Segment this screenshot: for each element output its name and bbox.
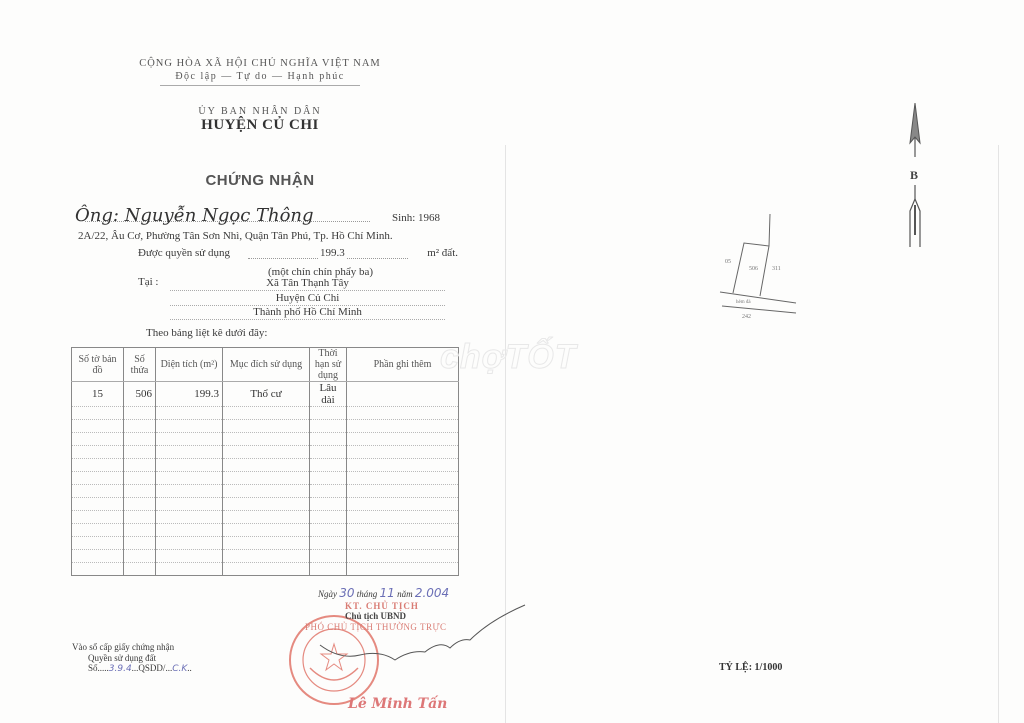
table-row-empty <box>72 407 459 420</box>
table-cell-empty <box>310 459 347 472</box>
registration-number: Số.....3.9.4...QSDD/...C.K.. <box>88 663 192 674</box>
table-cell-empty <box>72 550 124 563</box>
col-purpose: Mục đích sử dụng <box>223 348 310 382</box>
area-line: Được quyền sử dụng 199.3 m² đất. <box>138 247 458 261</box>
table-cell-empty <box>223 407 310 420</box>
location-district: Huyện Củ Chi <box>170 292 445 306</box>
cell-notes <box>347 382 459 407</box>
table-cell-empty <box>124 524 156 537</box>
table-cell-empty <box>72 446 124 459</box>
table-cell-empty <box>156 420 223 433</box>
owner-birth: Sinh: 1968 <box>392 212 440 224</box>
svg-text:242: 242 <box>742 314 751 320</box>
table-cell-empty <box>223 537 310 550</box>
table-cell-empty <box>347 524 459 537</box>
table-intro: Theo bảng liệt kê dưới đây: <box>146 327 267 339</box>
location-city: Thành phố Hồ Chí Minh <box>170 306 445 320</box>
table-cell-empty <box>347 550 459 563</box>
table-row-empty <box>72 459 459 472</box>
parcel-table: Số tờ bản đồ Số thửa Diện tích (m²) Mục … <box>71 347 459 576</box>
table-row: 15506199.3Thổ cưLâu dài <box>72 382 459 407</box>
table-cell-empty <box>124 433 156 446</box>
table-cell-empty <box>72 524 124 537</box>
header-divider <box>160 85 360 86</box>
svg-text:506: 506 <box>749 266 758 272</box>
certificate-title: CHỨNG NHẬN <box>60 172 460 189</box>
owner-address: 2A/22, Âu Cơ, Phường Tân Sơn Nhì, Quận T… <box>78 230 393 242</box>
table-cell-empty <box>156 563 223 576</box>
col-map-sheet: Số tờ bản đồ <box>72 348 124 382</box>
registration-line2: Quyền sử dụng đất <box>88 653 156 663</box>
table-cell-empty <box>223 485 310 498</box>
table-cell-empty <box>223 498 310 511</box>
col-area: Diện tích (m²) <box>156 348 223 382</box>
table-cell-empty <box>156 498 223 511</box>
table-cell-empty <box>310 498 347 511</box>
issue-year: 2.004 <box>415 586 449 600</box>
map-scale: TỶ LỆ: 1/1000 <box>719 662 782 673</box>
table-cell-empty <box>310 472 347 485</box>
table-cell-empty <box>156 472 223 485</box>
col-parcel-no: Số thửa <box>124 348 156 382</box>
national-title: CỘNG HÒA XÃ HỘI CHỦ NGHĨA VIỆT NAM <box>130 58 390 69</box>
issuer-line2: HUYỆN CỦ CHI <box>150 117 370 134</box>
table-cell-empty <box>124 498 156 511</box>
table-cell-empty <box>347 420 459 433</box>
table-row-empty <box>72 550 459 563</box>
table-cell-empty <box>347 459 459 472</box>
table-cell-empty <box>124 511 156 524</box>
table-cell-empty <box>156 459 223 472</box>
table-cell-empty <box>347 485 459 498</box>
table-cell-empty <box>124 550 156 563</box>
cell-parcel-no: 506 <box>124 382 156 407</box>
table-cell-empty <box>156 524 223 537</box>
table-cell-empty <box>72 511 124 524</box>
table-cell-empty <box>223 420 310 433</box>
table-cell-empty <box>223 459 310 472</box>
right-label: Được quyền sử dụng <box>138 247 230 259</box>
table-cell-empty <box>310 407 347 420</box>
table-cell-empty <box>72 485 124 498</box>
table-cell-empty <box>223 550 310 563</box>
owner-name: Ông: Nguyễn Ngọc Thông <box>75 205 314 226</box>
table-row-empty <box>72 498 459 511</box>
table-cell-empty <box>310 537 347 550</box>
cell-map-sheet: 15 <box>72 382 124 407</box>
table-cell-empty <box>72 459 124 472</box>
signer-name: Lê Minh Tấn <box>348 696 447 712</box>
table-row-empty <box>72 420 459 433</box>
national-motto: Độc lập — Tự do — Hạnh phúc <box>130 71 390 82</box>
table-row-empty <box>72 446 459 459</box>
cell-area: 199.3 <box>156 382 223 407</box>
table-cell-empty <box>347 511 459 524</box>
table-cell-empty <box>156 407 223 420</box>
table-cell-empty <box>156 511 223 524</box>
table-cell-empty <box>72 472 124 485</box>
table-cell-empty <box>347 563 459 576</box>
table-cell-empty <box>124 407 156 420</box>
table-cell-empty <box>72 433 124 446</box>
table-cell-empty <box>223 433 310 446</box>
cell-purpose: Thổ cư <box>223 382 310 407</box>
area-unit: m² đất. <box>427 247 458 259</box>
table-cell-empty <box>347 407 459 420</box>
table-cell-empty <box>124 420 156 433</box>
table-cell-empty <box>72 563 124 576</box>
table-cell-empty <box>310 563 347 576</box>
issue-date: Ngày 30 tháng 11 năm 2.004 <box>318 586 449 600</box>
table-cell-empty <box>124 537 156 550</box>
table-cell-empty <box>310 420 347 433</box>
table-cell-empty <box>347 537 459 550</box>
table-cell-empty <box>310 485 347 498</box>
table-header-row: Số tờ bản đồ Số thửa Diện tích (m²) Mục … <box>72 348 459 382</box>
table-cell-empty <box>124 485 156 498</box>
table-cell-empty <box>223 524 310 537</box>
table-cell-empty <box>124 472 156 485</box>
table-cell-empty <box>310 446 347 459</box>
parcel-map-sketch: 506 05 311 hẻm đá 242 <box>700 200 820 330</box>
table-cell-empty <box>124 446 156 459</box>
table-cell-empty <box>156 446 223 459</box>
table-cell-empty <box>72 498 124 511</box>
table-row-empty <box>72 524 459 537</box>
table-row-empty <box>72 537 459 550</box>
table-cell-empty <box>223 563 310 576</box>
table-cell-empty <box>223 511 310 524</box>
area-value: 199.3 <box>318 247 347 259</box>
table-cell-empty <box>310 433 347 446</box>
table-cell-empty <box>347 472 459 485</box>
north-arrow-icon: B <box>898 95 932 255</box>
location-commune: Xã Tân Thạnh Tây <box>170 277 445 291</box>
table-cell-empty <box>223 446 310 459</box>
table-cell-empty <box>124 563 156 576</box>
signature-stroke-icon <box>300 600 530 670</box>
table-row-empty <box>72 511 459 524</box>
svg-text:hẻm đá: hẻm đá <box>736 300 751 305</box>
table-cell-empty <box>310 511 347 524</box>
page-edge-line <box>998 145 999 723</box>
table-cell-empty <box>72 407 124 420</box>
svg-text:311: 311 <box>772 266 781 272</box>
issue-day: 30 <box>339 586 354 600</box>
cell-term: Lâu dài <box>310 382 347 407</box>
table-cell-empty <box>156 433 223 446</box>
table-cell-empty <box>156 537 223 550</box>
table-cell-empty <box>347 433 459 446</box>
table-cell-empty <box>223 472 310 485</box>
svg-text:05: 05 <box>725 259 731 265</box>
table-cell-empty <box>124 459 156 472</box>
watermark: chợTỐT <box>440 338 577 377</box>
issuer-line1: ỦY BAN NHÂN DÂN <box>150 106 370 117</box>
table-cell-empty <box>310 524 347 537</box>
table-cell-empty <box>310 550 347 563</box>
table-cell-empty <box>156 485 223 498</box>
col-term: Thời hạn sử dụng <box>310 348 347 382</box>
table-cell-empty <box>72 420 124 433</box>
table-row-empty <box>72 485 459 498</box>
table-row-empty <box>72 563 459 576</box>
table-cell-empty <box>72 537 124 550</box>
issue-month: 11 <box>380 586 395 600</box>
location-label: Tại : <box>138 276 158 288</box>
table-cell-empty <box>156 550 223 563</box>
registration-line1: Vào sổ cấp giấy chứng nhận <box>72 642 174 652</box>
table-row-empty <box>72 433 459 446</box>
owner-line: Ông: Nguyễn Ngọc Thông Sinh: 1968 <box>65 205 440 225</box>
svg-text:B: B <box>910 168 918 182</box>
table-row-empty <box>72 472 459 485</box>
table-cell-empty <box>347 446 459 459</box>
table-cell-empty <box>347 498 459 511</box>
